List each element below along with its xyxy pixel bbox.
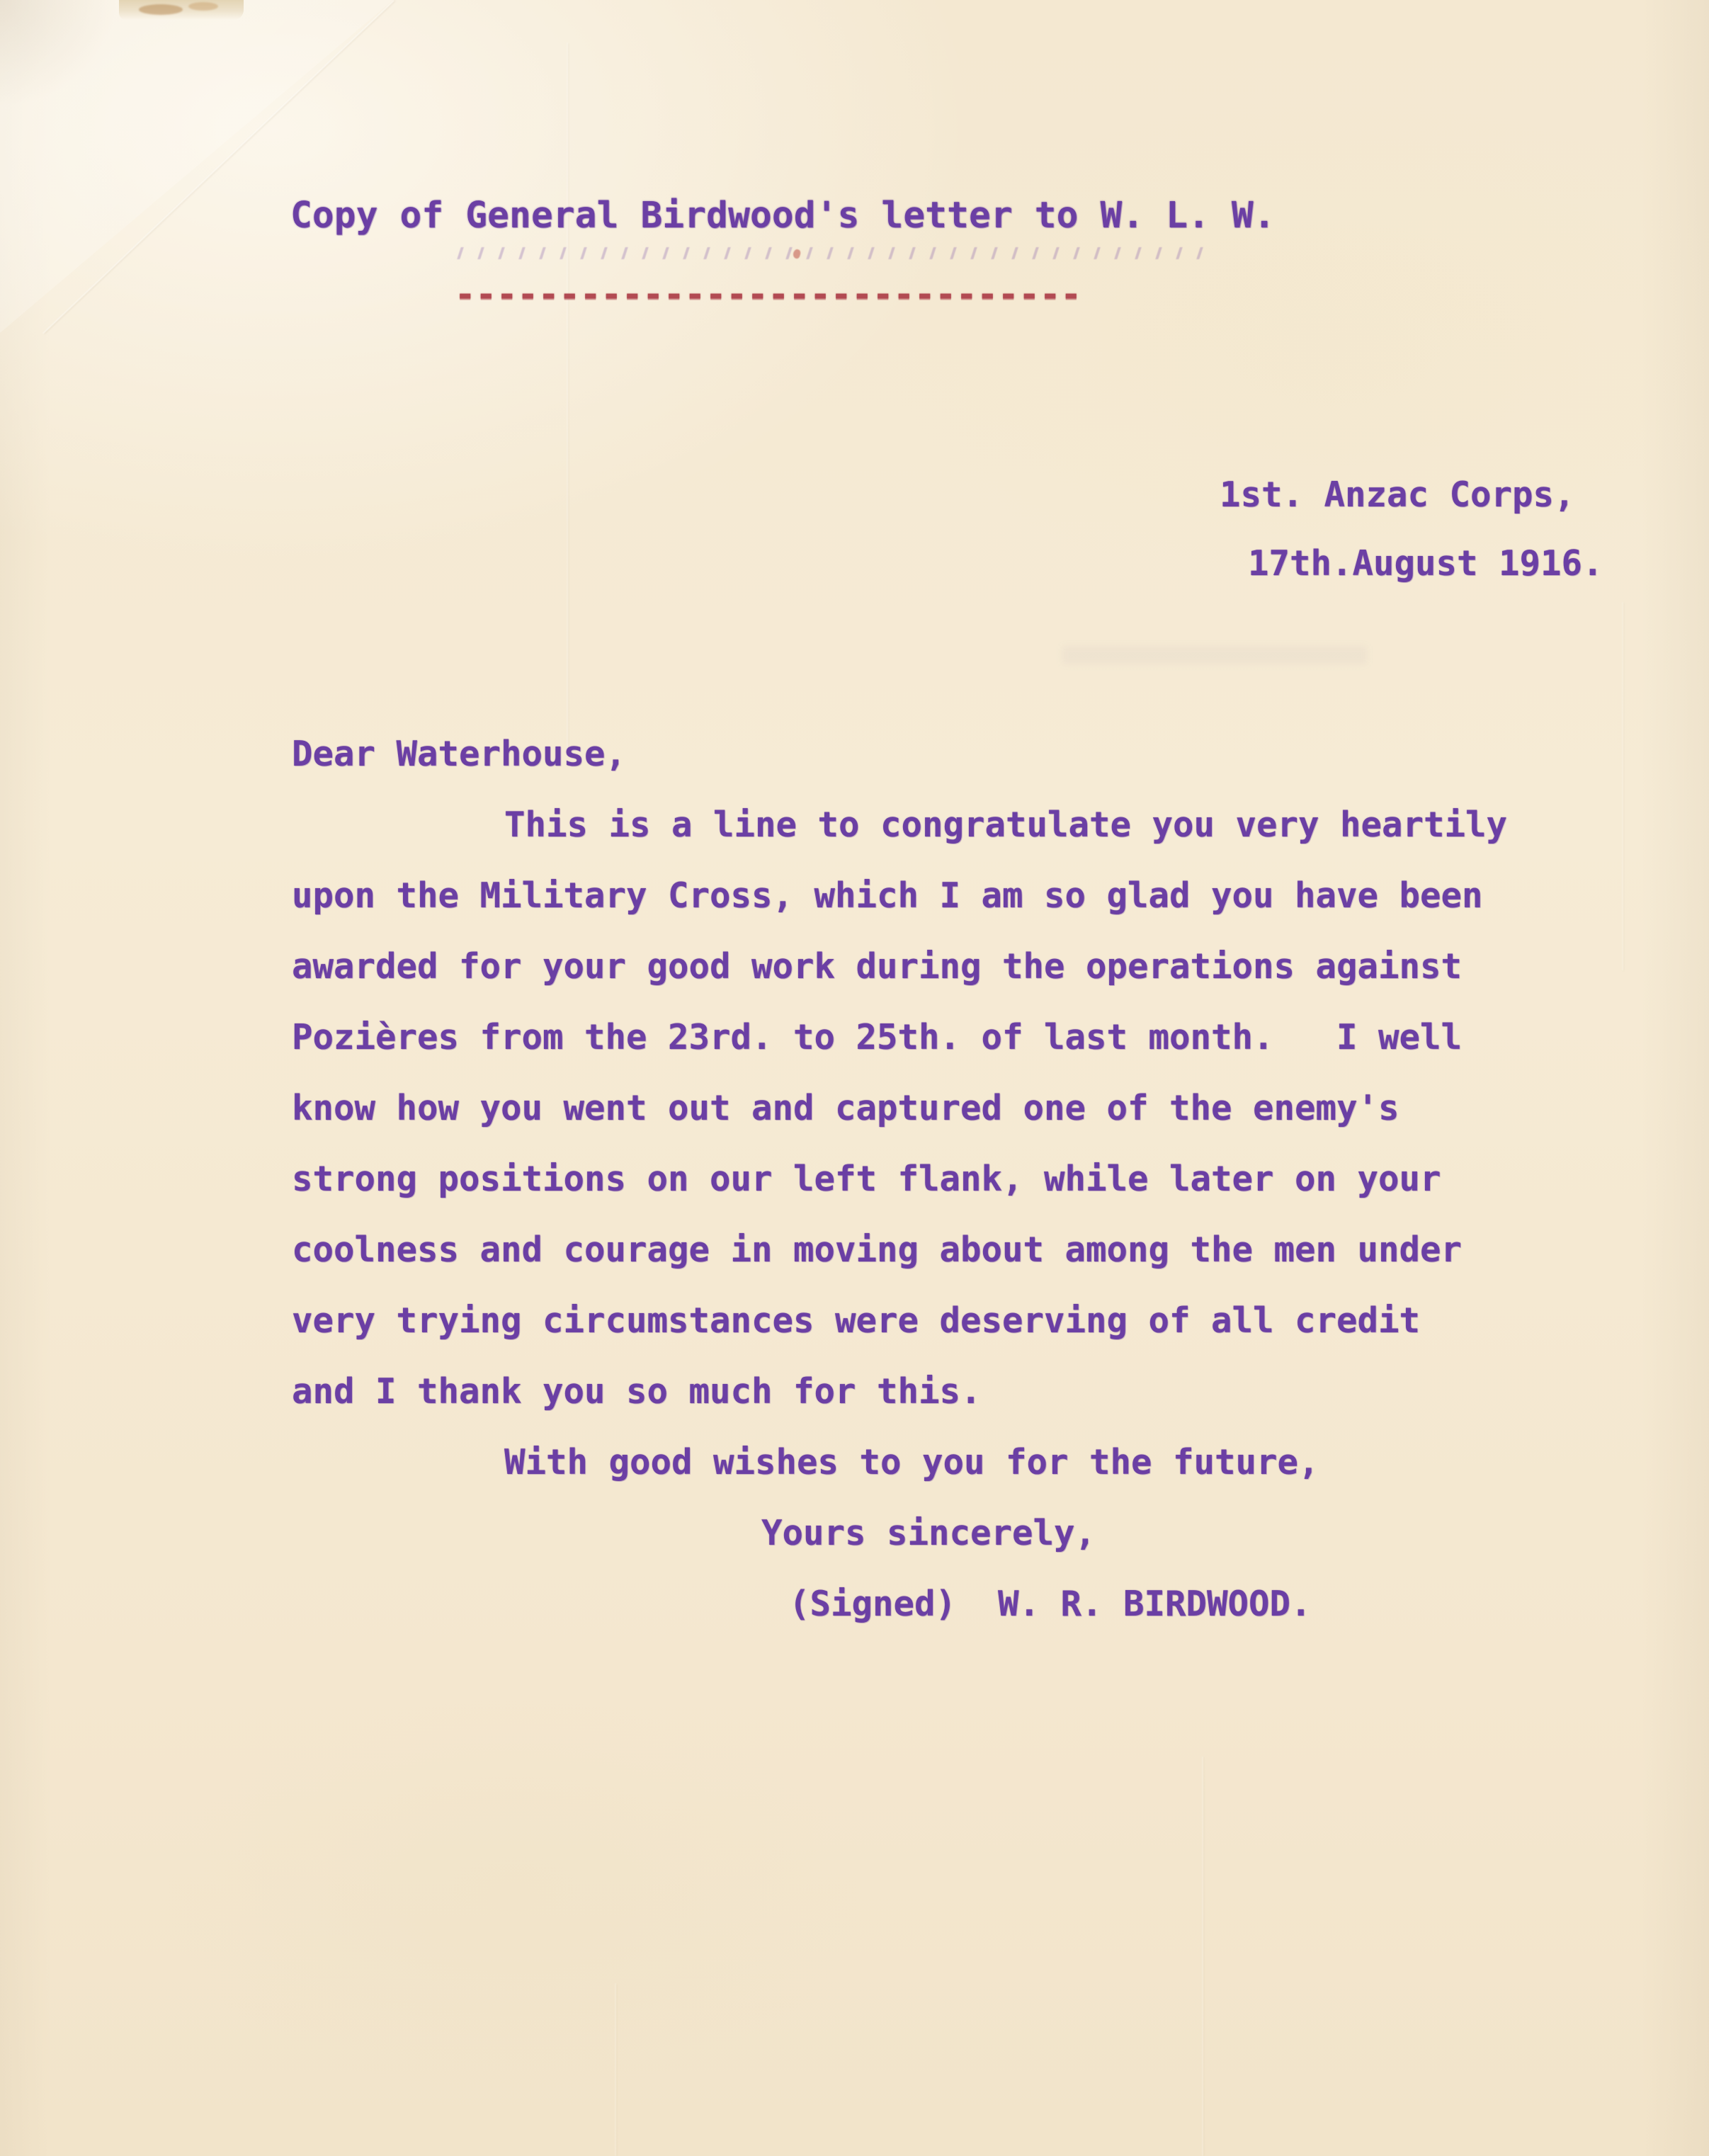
body-line-4: Pozières from the 23rd. to 25th. of last… <box>292 1002 1507 1073</box>
heading-dotted-underline <box>457 247 1206 259</box>
paper-edge-tear <box>119 0 244 20</box>
paper-crease-vertical-right <box>1622 602 1623 970</box>
body-line-2: upon the Military Cross, which I am so g… <box>292 861 1507 931</box>
letter-body: Dear Waterhouse, This is a line to congr… <box>292 719 1507 1640</box>
valediction: Yours sincerely, <box>292 1498 1507 1569</box>
letter-page: Copy of General Birdwood's letter to W. … <box>0 0 1709 2156</box>
paper-stain-small <box>188 2 218 11</box>
ink-ghost-smudge <box>1062 646 1367 664</box>
paper-crease-diagonal <box>42 0 394 334</box>
body-line-10: With good wishes to you for the future, <box>292 1427 1507 1498</box>
signature-line: (Signed) W. R. BIRDWOOD. <box>292 1569 1507 1640</box>
date-line: 17th.August 1916. <box>1248 546 1603 581</box>
body-line-1: This is a line to congratulate you very … <box>292 790 1507 861</box>
body-line-8: very trying circumstances were deserving… <box>292 1286 1507 1356</box>
paper-stain <box>139 4 183 15</box>
letter-heading-title: Copy of General Birdwood's letter to W. … <box>290 195 1276 237</box>
paper-corner-fold <box>0 0 397 336</box>
body-line-7: coolness and courage in moving about amo… <box>292 1215 1507 1286</box>
body-line-5: know how you went out and captured one o… <box>292 1073 1507 1144</box>
unit-line: 1st. Anzac Corps, <box>1220 477 1575 512</box>
paper-crease-vertical-bottom-left <box>615 1983 616 2156</box>
body-line-9: and I thank you so much for this. <box>292 1356 1507 1427</box>
body-line-3: awarded for your good work during the op… <box>292 931 1507 1002</box>
paper-crease-vertical-bottom-right <box>1202 1757 1203 2156</box>
paper-corner-shadow <box>0 0 156 142</box>
paper-crease-vertical-top <box>567 42 568 751</box>
salutation: Dear Waterhouse, <box>292 719 1507 790</box>
heading-dashed-rule: ------------------------------ <box>455 274 1081 314</box>
body-line-6: strong positions on our left flank, whil… <box>292 1144 1507 1215</box>
